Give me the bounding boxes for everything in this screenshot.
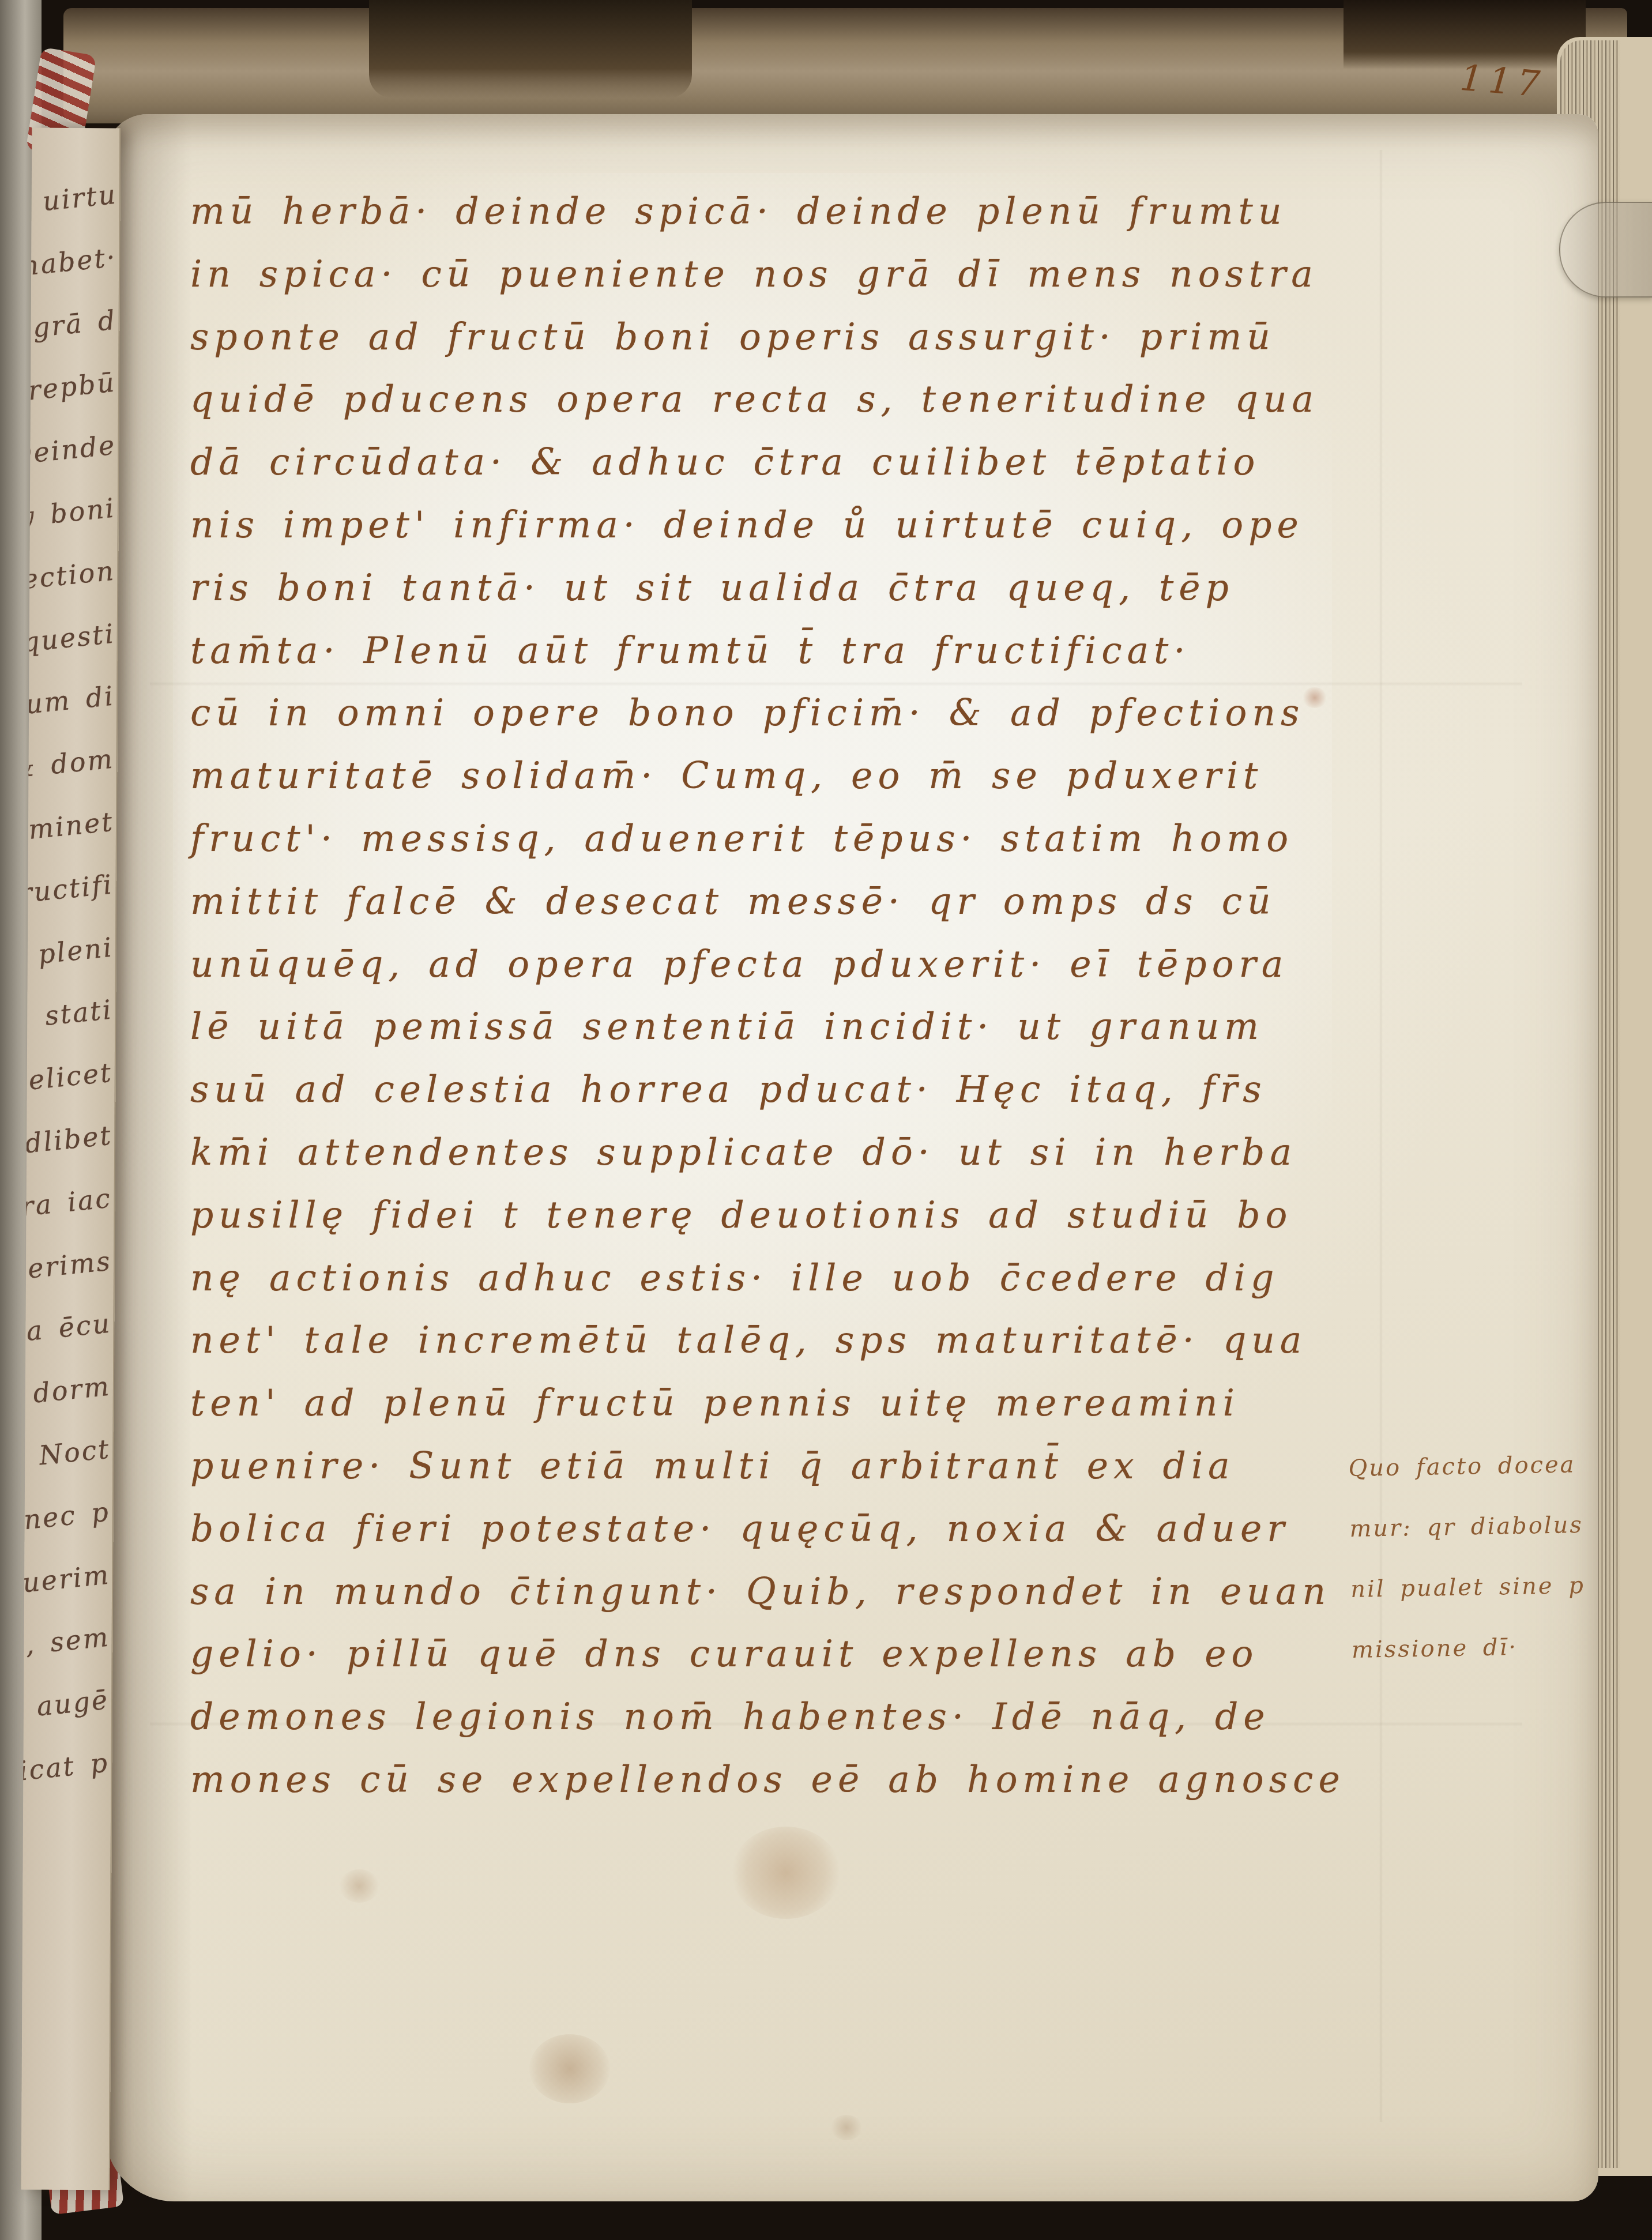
text-line: suū ad celestia horrea pducat· Hęc itaq,… (190, 1068, 1267, 1110)
fragment-line: ā agrā d (21, 304, 118, 349)
margin-note-line: nil pualet sine p (1350, 1572, 1585, 1603)
fragment-line: nū auerim (21, 1558, 111, 1605)
text-line: ris boni tantā· ut sit ualida c̄tra queq… (190, 567, 1234, 609)
margin-note-line: mur: qr diabolus (1349, 1512, 1583, 1542)
folio-number: 117 (1458, 57, 1547, 106)
bookmark-tab[interactable] (1559, 202, 1652, 298)
text-line: maturitatē solidam̄· Cumq, eo m̄ se pdux… (190, 755, 1263, 797)
fragment-line: opy boni (21, 492, 117, 537)
main-text-block: mū herbā· deinde spicā· deinde plenū fru… (190, 190, 1338, 1822)
fragment-line: ersa nec p (21, 1496, 112, 1543)
text-line: lē uitā pemissā sententiā incidit· ut gr… (190, 1006, 1264, 1048)
fragment-line: in repbū (21, 367, 118, 411)
fragment-line: fruct· stati (21, 994, 114, 1041)
text-line: in spica· cū pueniente nos grā dī mens n… (190, 253, 1318, 295)
text-line: cū in omni opere bono pficim̄· & ad pfec… (190, 692, 1304, 734)
fragment-line: tra fructifi (21, 869, 115, 916)
parchment-stain (339, 1869, 379, 1903)
text-line: pusillę fidei t tenerę deuotionis ad stu… (190, 1194, 1293, 1236)
fragment-line: pfection (21, 555, 116, 598)
fragment-line: o inserims (21, 1245, 113, 1292)
parchment-stain (731, 1827, 841, 1919)
fragment-line: nt· Deinde (21, 430, 118, 477)
fragment-line: inde pleni (21, 932, 115, 978)
text-line: km̄i attendentes supplicate dō· ut si in… (190, 1131, 1297, 1173)
fragment-line: germinet (21, 806, 115, 850)
text-line: dā circūdata· & adhuc c̄tra cuilibet tēp… (190, 441, 1260, 483)
text-line: mones cū se expellendos eē ab homine agn… (190, 1759, 1345, 1801)
text-line: nę actionis adhuc estis· ille uob c̄cede… (190, 1257, 1279, 1299)
vertical-crease (1379, 150, 1383, 2122)
text-line: mū herbā· deinde spicā· deinde plenū fru… (190, 190, 1286, 232)
text-line: ten' ad plenū fructū pennis uitę mereami… (190, 1382, 1240, 1424)
fragment-line: escim' q, sem (21, 1621, 111, 1673)
text-line: unūquēq, ad opera pfecta pduxerit· eī tē… (190, 943, 1288, 985)
margin-note: Quo facto docea mur: qr diabolus nil pua… (1348, 1451, 1618, 1709)
fragment-line: la bona ēcu (21, 1308, 113, 1357)
text-line: sponte ad fructū boni operis assurgit· p… (190, 316, 1275, 358)
text-line: net' tale incremētū talēq, sps maturitat… (190, 1319, 1307, 1361)
facing-page-strip: iā uirtu n̄ habet· ā agrā d in repbū nt·… (21, 128, 121, 2190)
text-line: bolica fieri potestate· quęcūq, noxia & … (190, 1508, 1289, 1550)
fragment-line: m intra iac (21, 1183, 114, 1231)
parchment-stain (529, 2034, 610, 2103)
fragment-line: escim'· Noct (21, 1433, 112, 1483)
fragment-line: ugit augē (21, 1684, 111, 1729)
text-line: gelio· pillū quē dns curauit expellens a… (190, 1633, 1258, 1675)
text-line: mittit falcē & desecat messē· qr omps ds… (190, 880, 1276, 923)
fragment-line: egnum di (21, 680, 116, 726)
parchment-stain (830, 2115, 863, 2140)
fragment-line: iā uirtu (21, 179, 119, 221)
margin-note-line: missione dī· (1352, 1634, 1518, 1663)
text-line: demones legionis nom̄ habentes· Idē nāq,… (190, 1696, 1270, 1738)
text-line: quidē pducens opera recta s, teneritudin… (190, 378, 1319, 420)
fragment-line: uctificat p (21, 1746, 111, 1793)
fragment-line: n̄ habet· (21, 242, 118, 285)
fragment-line: tra & dom (21, 743, 116, 790)
text-line: sa in mundo c̄tingunt· Quib, respondet i… (190, 1571, 1331, 1613)
fragment-line: i uidelicet (21, 1057, 114, 1104)
book-top-edge-shadow (369, 0, 692, 98)
text-line: tam̄ta· Plenū aūt frumtū t̄ tra fructifi… (190, 630, 1190, 672)
margin-note-line: Quo facto docea (1348, 1451, 1576, 1482)
fragment-line: ē qdlibet (21, 1120, 114, 1165)
text-line: puenire· Sunt etiā multi q̄ arbitrant̄ e… (190, 1445, 1235, 1487)
fragment-line: erim' dorm (21, 1371, 112, 1418)
text-line: fruct'· messisq, aduenerit tēpus· statim… (190, 818, 1293, 860)
fragment-line: de questi (21, 618, 116, 664)
text-line: nis impet' infirma· deinde ů uirtutē cui… (190, 504, 1304, 546)
